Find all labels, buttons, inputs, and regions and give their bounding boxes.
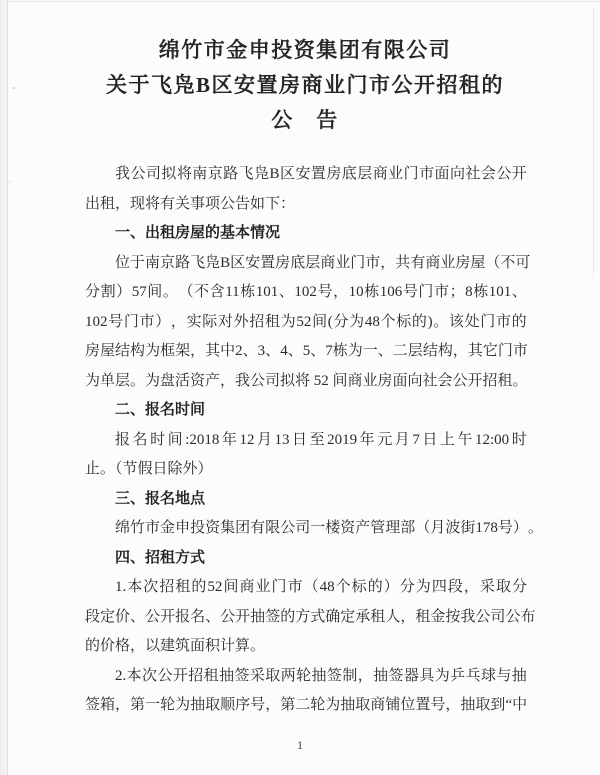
- scanned-document-page: 绵竹市金申投资集团有限公司 关于飞凫B区安置房商业门市公开招租的 公 告 我公司…: [0, 0, 600, 775]
- body-line: 段定价、公开报名、公开抽签的方式确定承租人，租金按我公司公布: [85, 603, 527, 633]
- body-line: 绵竹市金申投资集团有限公司一楼资产管理部（月波街178号）。: [85, 514, 527, 544]
- body-line: 房屋结构为框架，其中2、3、4、5、7栋为一、二层结构，其它门市: [85, 337, 527, 367]
- section-heading: 三、报名地点: [85, 485, 527, 515]
- body-line: 102号门市），实际对外招租为52间(分为48个标的)。该处门市的: [85, 308, 527, 338]
- body-line: 为单层。为盘活资产，我公司拟将 52 间商业房面向社会公开招租。: [85, 367, 527, 397]
- body-line: 签箱，第一轮为抽取顺序号，第二轮为抽取商铺位置号，抽取到“中: [85, 691, 527, 721]
- scan-top-edge: [8, 1, 600, 2]
- document-title: 绵竹市金申投资集团有限公司 关于飞凫B区安置房商业门市公开招租的 公 告: [40, 33, 570, 138]
- document-body: 我公司拟将南京路飞凫B区安置房底层商业门市面向社会公开出租，现将有关事项公告如下…: [85, 160, 527, 721]
- scan-speck: [12, 87, 15, 89]
- body-line: 位于南京路飞凫B区安置房底层商业门市，共有商业房屋（不可: [85, 249, 527, 279]
- section-heading: 一、出租房屋的基本情况: [85, 219, 527, 249]
- title-announcement-word: 公 告: [40, 103, 570, 138]
- body-line: 我公司拟将南京路飞凫B区安置房底层商业门市面向社会公开: [85, 160, 527, 190]
- body-line: 的价格，以建筑面积计算。: [85, 632, 527, 662]
- section-heading: 二、报名时间: [85, 396, 527, 426]
- scan-right-edge: [593, 8, 594, 278]
- title-company-name: 绵竹市金申投资集团有限公司: [40, 33, 570, 68]
- body-line: 2.本次公开招租抽签采取两轮抽签制，抽签器具为乒乓球与抽: [85, 662, 527, 692]
- body-line: 出租，现将有关事项公告如下：: [85, 190, 527, 220]
- body-line: 1.本次招租的52间商业门市（48个标的）分为四段，采取分: [85, 573, 527, 603]
- body-line: 止。（节假日除外）: [85, 455, 527, 485]
- section-heading: 四、招租方式: [85, 544, 527, 574]
- body-line: 分割）57间。（不含11栋101、102号，10栋106号门市；8栋101、: [85, 278, 527, 308]
- body-line: 报名时间:2018年12月13日至2019年元月7日上午12:00时: [85, 426, 527, 456]
- scan-left-edge: [0, 0, 8, 775]
- page-number: 1: [0, 738, 600, 753]
- title-subject: 关于飞凫B区安置房商业门市公开招租的: [40, 68, 570, 103]
- scan-speck: [9, 181, 11, 183]
